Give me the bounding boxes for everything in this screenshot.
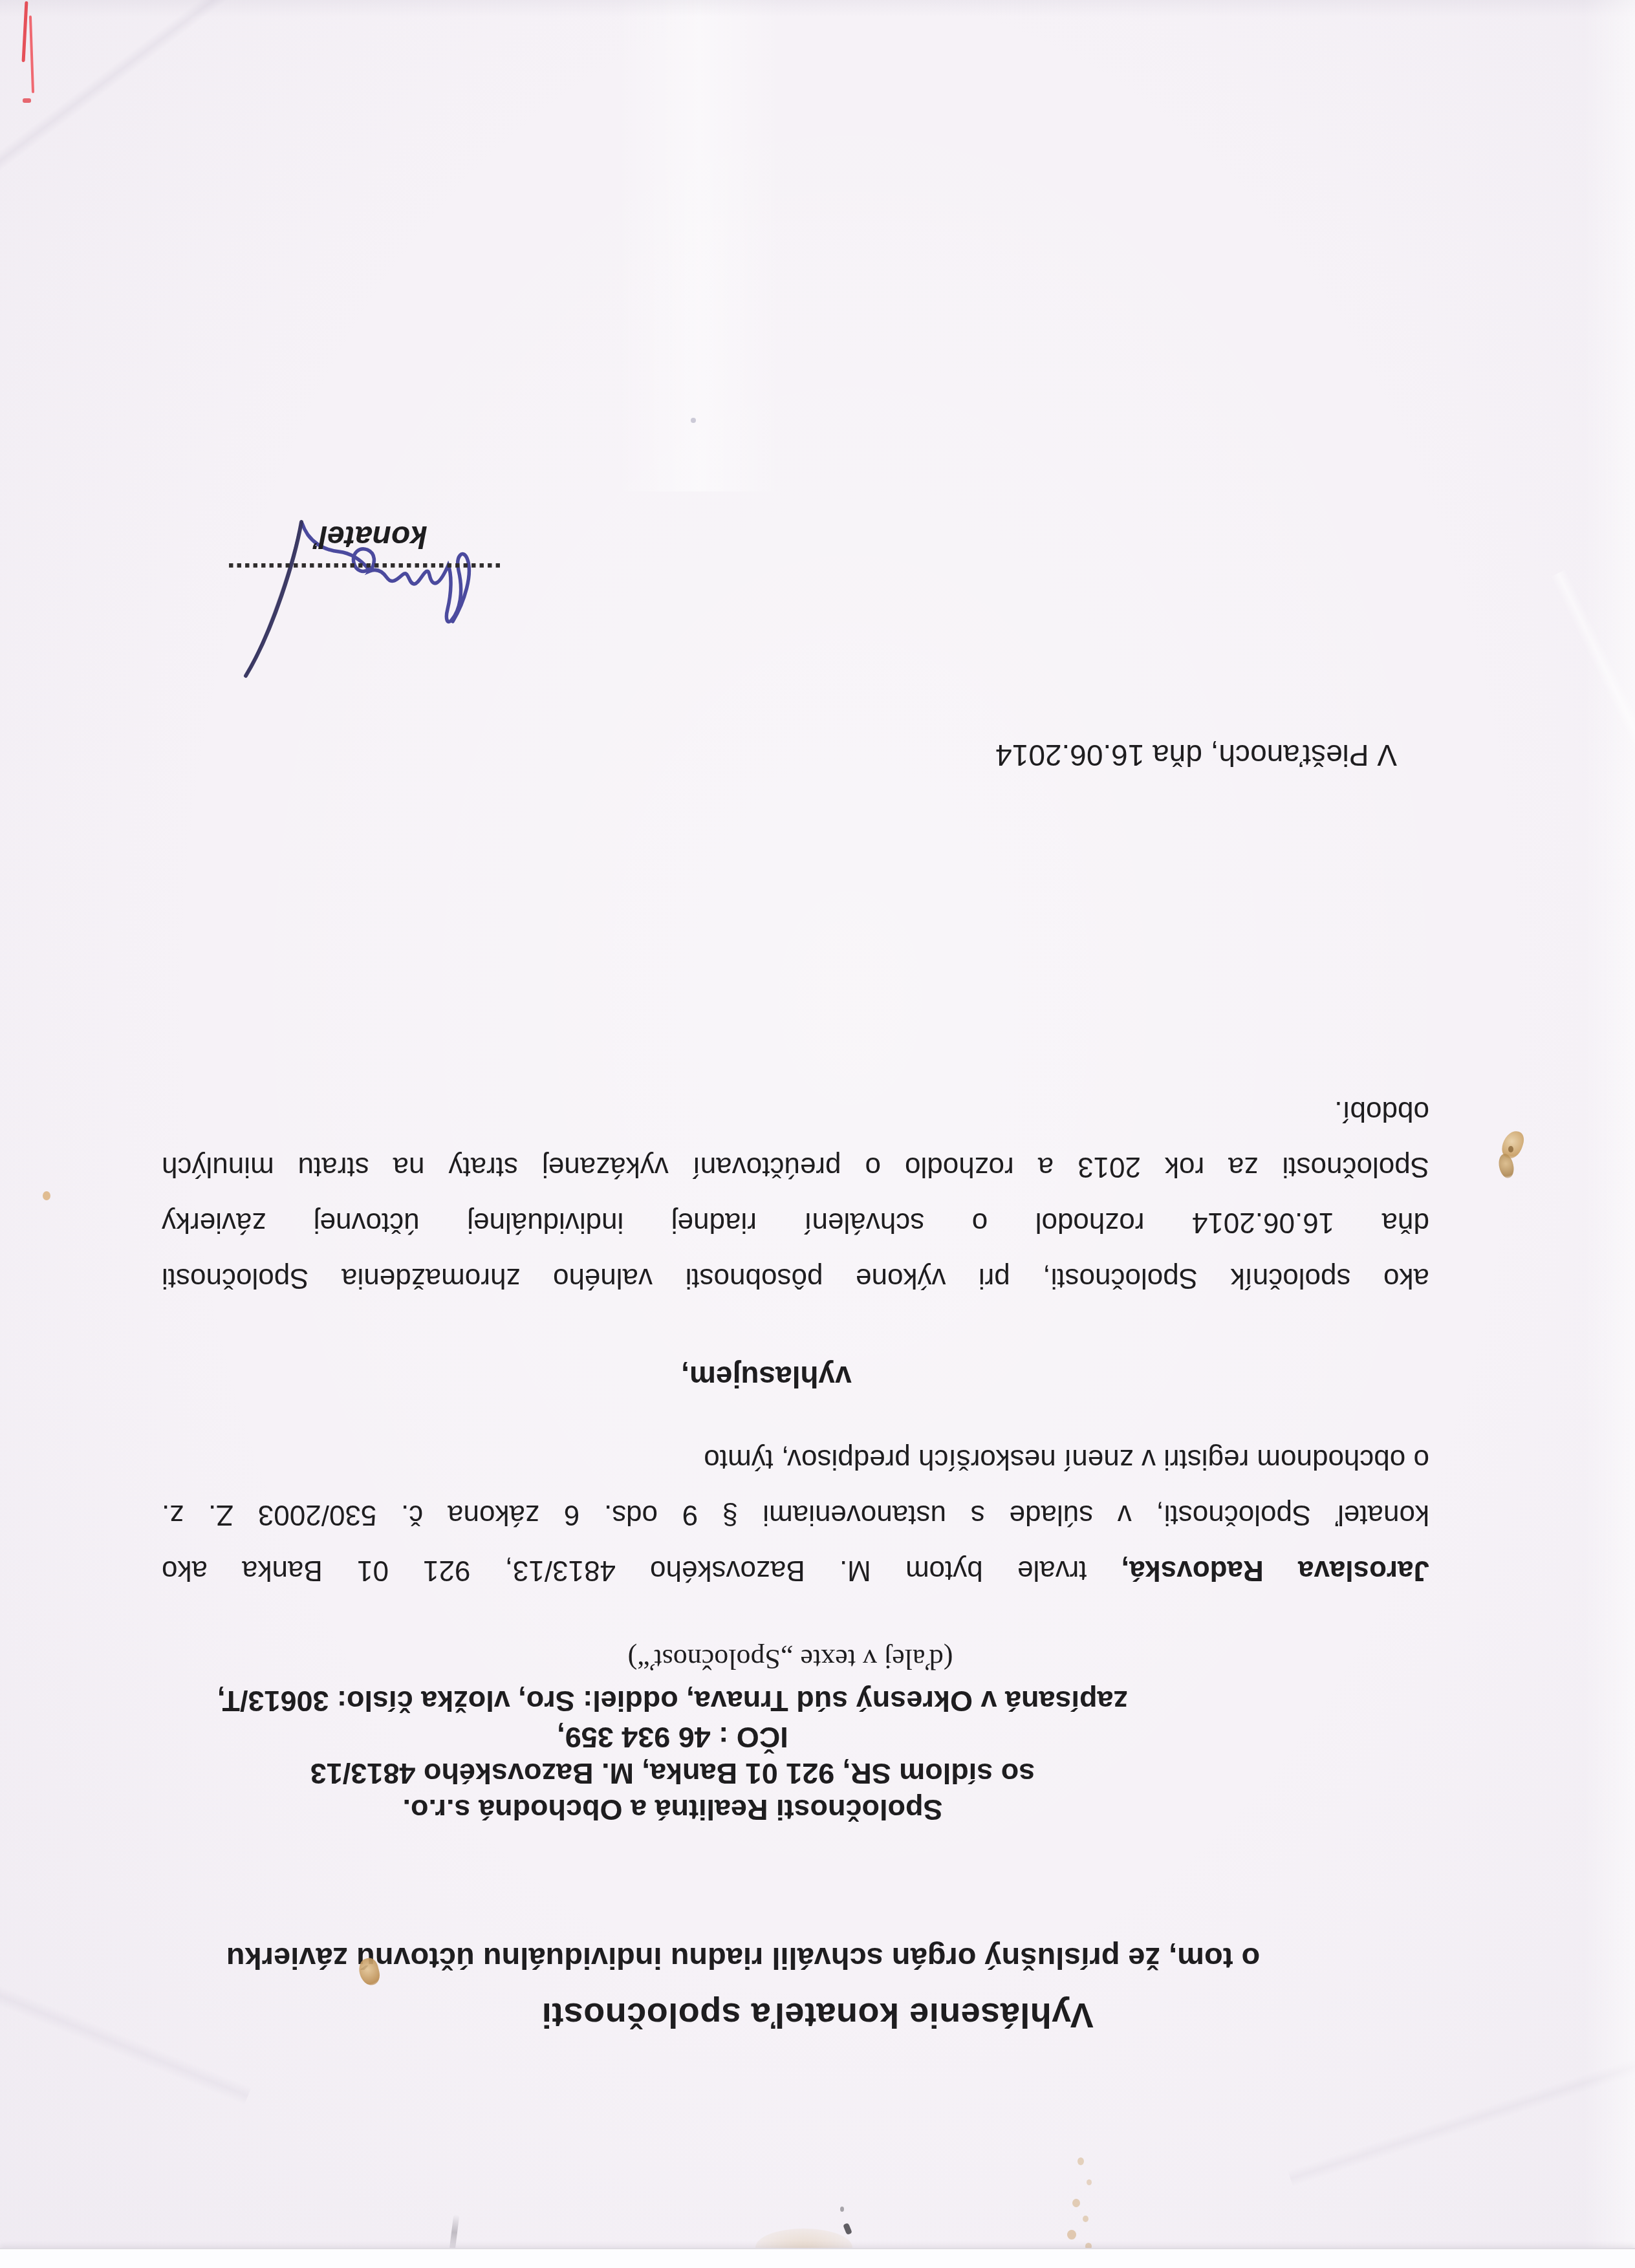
document-title: Vyhlásenie konateľa spoločnosti bbox=[184, 1987, 1451, 2044]
paper-speck bbox=[43, 1191, 50, 1200]
signatory-role-label: konateľ bbox=[287, 519, 455, 554]
intro-paragraph: Jaroslava Radovská, trvale bytom M. Bazo… bbox=[162, 1431, 1429, 1598]
scanner-artifact-red-dash bbox=[23, 98, 31, 103]
paper-bottom-edge bbox=[0, 2248, 1635, 2268]
paper-speck bbox=[1499, 1130, 1530, 1180]
company-name: Spoločnosti Realitná a Obchodná s.r.o. bbox=[39, 1791, 1306, 1828]
document-subtitle: o tom, že príslušný orgán schválil riadn… bbox=[109, 1930, 1377, 1987]
place-date-line: V Piešťanoch, dňa 16.06.2014 bbox=[995, 738, 1397, 773]
company-registration: zapísaná v Okresný súd Trnava, oddiel: S… bbox=[39, 1683, 1306, 1719]
intro-paragraph-line-3: o obchodnom registri v znení neskorších … bbox=[162, 1431, 1429, 1487]
declaration-line-4: období. bbox=[162, 1083, 1429, 1139]
signature-dotted-line: .................................. bbox=[204, 557, 502, 589]
company-address: so sídlom SR, 921 01 Banka, M. Bazovskéh… bbox=[39, 1755, 1306, 1791]
intro-paragraph-line-1: Jaroslava Radovská, trvale bytom M. Bazo… bbox=[162, 1542, 1429, 1598]
declaration-word: vyhlasujem, bbox=[133, 1359, 1400, 1394]
ink-fleck bbox=[840, 2207, 844, 2212]
declaration-line-2: dňa 16.06.2014 rozhodol o schválení riad… bbox=[162, 1194, 1429, 1250]
declarant-name: Jaroslava Radovská, bbox=[1121, 1555, 1429, 1586]
declaration-line-3: Spoločnosti za rok 2013 a rozhodlo o pre… bbox=[162, 1139, 1429, 1194]
document-heading: Vyhlásenie konateľa spoločnosti o tom, ž… bbox=[184, 1930, 1451, 2044]
intro-line-1-rest: trvale bytom M. Bazovského 4813/13, 921 … bbox=[162, 1555, 1121, 1586]
intro-paragraph-line-2: konateľ Spoločnosti, v súlade s ustanove… bbox=[162, 1487, 1429, 1542]
company-identification-block: Spoločnosti Realitná a Obchodná s.r.o. s… bbox=[39, 1683, 1306, 1828]
document-content-rotated-180: Vyhlásenie konateľa spoločnosti o tom, ž… bbox=[0, 0, 1635, 2268]
declaration-line-1: ako spoločník Spoločnosti, pri výkone pô… bbox=[162, 1250, 1429, 1306]
declaration-paragraph: ako spoločník Spoločnosti, pri výkone pô… bbox=[162, 1083, 1429, 1306]
paper-speck bbox=[691, 418, 696, 423]
company-ico: IČO : 46 934 359, bbox=[39, 1719, 1306, 1755]
company-alias-note: (ďalej v texte „Spoločnosť“) bbox=[157, 1643, 1424, 1676]
scanned-document-page: Vyhlásenie konateľa spoločnosti o tom, ž… bbox=[0, 0, 1635, 2268]
